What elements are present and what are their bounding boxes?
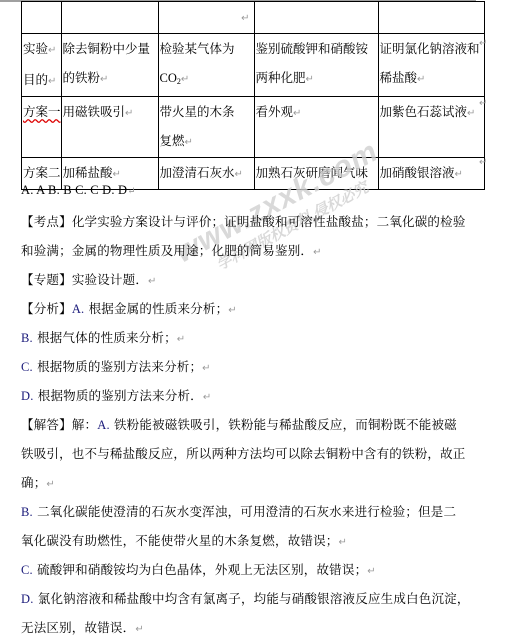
paragraph-mark-icon: ↵ (241, 13, 249, 24)
table-cell (254, 2, 378, 34)
jieda-line-d1: D. 氯化钠溶液和稀盐酸中均含有氯离子，均能与硝酸银溶液反应生成白色沉淀， (21, 589, 470, 607)
paragraph-mark-icon: ↵ (148, 276, 157, 287)
paragraph-mark-icon: ↵ (185, 137, 193, 148)
experiment-table: ↵ 实验↵ 目的↵ 除去铜粉中少量的铁粉↵ 检验某气体为CO2↵ 鉴别硫酸钾和硝… (21, 1, 485, 190)
fenxi-line-b: B. 根据气体的性质来分析；↵ (21, 328, 185, 346)
jieda-line-b1: B. 二氧化碳能使澄清的石灰水变浑浊，可用澄清的石灰水来进行检验；但是二 (21, 502, 456, 520)
table-cell: 鉴别硫酸钾和硝酸铵两种化肥↵ (254, 34, 378, 97)
paragraph-mark-icon: ↵ (235, 169, 243, 180)
paragraph-mark-icon: ↵ (313, 247, 322, 258)
kaodian-line-2: 和验满；金属的物理性质及用途；化肥的简易鉴别．↵ (21, 241, 322, 259)
paragraph-mark-icon: ↵ (367, 566, 376, 577)
jieda-line-d2: 无法区别，故错误．↵ (21, 618, 144, 636)
paragraph-mark-icon: ↵ (339, 537, 348, 548)
table-cell: ↵ (158, 2, 254, 34)
paragraph-mark-icon: ↵ (202, 363, 211, 374)
jieda-line-1: 【解答】解：A. 铁粉能被磁铁吸引，铁粉能与稀盐酸反应，而铜粉既不能被磁 (21, 415, 457, 433)
table-cell: 用磁铁吸引↵ (61, 97, 158, 158)
paragraph-mark-icon: ↵ (455, 169, 463, 180)
answer-options: A. A B. B C. C D. D↵ (21, 183, 136, 198)
section-tag: 【分析】 (21, 301, 72, 316)
jieda-line-b2: 氧化碳没有助燃性，不能使带火星的木条复燃，故错误；↵ (21, 531, 347, 549)
paragraph-mark-icon: ↵ (46, 479, 55, 490)
section-tag: 【专题】 (21, 272, 72, 287)
table-cell (61, 2, 158, 34)
table-cell: 检验某气体为CO2↵ (158, 34, 254, 97)
table-cell: 看外观↵ (254, 97, 378, 158)
fenxi-line-a: 【分析】A. 根据金属的性质来分析；↵ (21, 299, 237, 317)
section-tag: 【考点】 (21, 214, 72, 229)
zhuanti-line: 【专题】实验设计题．↵ (21, 270, 157, 288)
paragraph-mark-icon: ↵ (306, 74, 314, 85)
table-row-blank: ↵ (22, 2, 485, 34)
jieda-line-3: 确；↵ (21, 473, 55, 491)
paragraph-mark-icon: ↵ (479, 38, 487, 49)
table-row-purpose: 实验↵ 目的↵ 除去铜粉中少量的铁粉↵ 检验某气体为CO2↵ 鉴别硫酸钾和硝酸铵… (22, 34, 485, 97)
row-label-plan-one: 方案一 (22, 97, 62, 158)
row-label-purpose: 实验↵ 目的↵ (22, 34, 62, 97)
table-cell: 加澄清石灰水↵ (158, 158, 254, 190)
jieda-line-2: 铁吸引，也不与稀盐酸反应，所以两种方法均可以除去铜粉中含有的铁粉，故正 (21, 444, 466, 462)
table-cell (22, 2, 62, 34)
paragraph-mark-icon: ↵ (48, 76, 56, 87)
paragraph-mark-icon: ↵ (48, 45, 56, 56)
table-cell: 带火星的木条复燃↵ (158, 97, 254, 158)
table-cell: 加熟石灰研磨闻气味 (254, 158, 378, 190)
paragraph-mark-icon: ↵ (479, 98, 487, 109)
fenxi-line-c: C. 根据物质的鉴别方法来分析；↵ (21, 357, 211, 375)
table-cell: 除去铜粉中少量的铁粉↵ (61, 34, 158, 97)
table-cell: 加硝酸银溶液↵ (378, 158, 484, 190)
table-cell: 加紫色石蕊试液↵ (378, 97, 484, 158)
paragraph-mark-icon: ↵ (113, 169, 121, 180)
paragraph-mark-icon: ↵ (417, 74, 425, 85)
paragraph-mark-icon: ↵ (467, 108, 475, 119)
paragraph-mark-icon: ↵ (293, 108, 301, 119)
paragraph-mark-icon: ↵ (127, 186, 136, 197)
table-cell (378, 2, 484, 34)
paragraph-mark-icon: ↵ (228, 305, 237, 316)
table-row-plan-one: 方案一 用磁铁吸引↵ 带火星的木条复燃↵ 看外观↵ 加紫色石蕊试液↵ (22, 97, 485, 158)
fenxi-line-d: D. 根据物质的鉴别方法来分析．↵ (21, 386, 211, 404)
paragraph-mark-icon: ↵ (203, 392, 212, 403)
paragraph-mark-icon: ↵ (100, 74, 108, 85)
paragraph-mark-icon: ↵ (177, 334, 186, 345)
paragraph-mark-icon: ↵ (479, 157, 487, 168)
table-cell: 证明氯化钠溶液和稀盐酸↵ (378, 34, 484, 97)
section-tag: 【解答】 (21, 417, 72, 432)
paragraph-mark-icon: ↵ (135, 624, 144, 635)
paragraph-mark-icon: ↵ (181, 74, 189, 85)
kaodian-line-1: 【考点】化学实验方案设计与评价；证明盐酸和可溶性盐酸盐；二氧化碳的检验 (21, 212, 466, 230)
paragraph-mark-icon: ↵ (125, 108, 133, 119)
jieda-line-c1: C. 硫酸钾和硝酸铵均为白色晶体，外观上无法区别，故错误；↵ (21, 560, 376, 578)
